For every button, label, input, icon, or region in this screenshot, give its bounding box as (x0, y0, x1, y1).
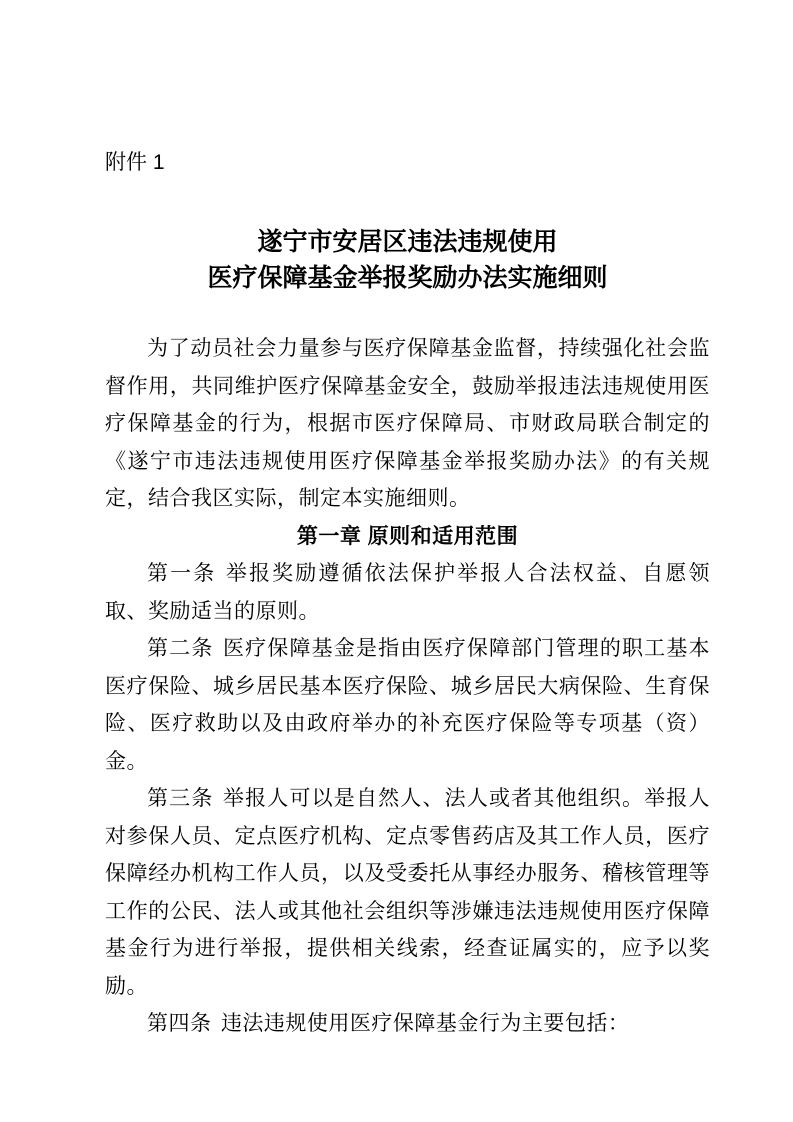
document-page: 附件 1 遂宁市安居区违法违规使用 医疗保障基金举报奖励办法实施细则 为了动员社… (0, 0, 793, 1122)
document-body: 为了动员社会力量参与医疗保障基金监督，持续强化社会监督作用，共同维护医疗保障基金… (105, 330, 710, 1043)
attachment-label: 附件 1 (105, 148, 710, 178)
article-1-label: 第一条 (147, 561, 216, 585)
document-title: 遂宁市安居区违法违规使用 医疗保障基金举报奖励办法实施细则 (105, 225, 710, 297)
article-4-text: 违法违规使用医疗保障基金行为主要包括： (221, 1011, 630, 1035)
document-title-line1: 遂宁市安居区违法违规使用 (105, 225, 710, 261)
article-4-paragraph: 第四条违法违规使用医疗保障基金行为主要包括： (105, 1005, 710, 1043)
article-2-paragraph: 第二条医疗保障基金是指由医疗保障部门管理的职工基本医疗保险、城乡居民基本医疗保险… (105, 630, 710, 780)
document-title-line2: 医疗保障基金举报奖励办法实施细则 (105, 261, 710, 297)
article-3-text: 举报人可以是自然人、法人或者其他组织。举报人对参保人员、定点医疗机构、定点零售药… (105, 786, 710, 998)
article-2-label: 第二条 (147, 636, 214, 660)
article-3-label: 第三条 (147, 786, 214, 810)
article-3-paragraph: 第三条举报人可以是自然人、法人或者其他组织。举报人对参保人员、定点医疗机构、定点… (105, 780, 710, 1005)
intro-paragraph: 为了动员社会力量参与医疗保障基金监督，持续强化社会监督作用，共同维护医疗保障基金… (105, 330, 710, 518)
chapter-1-heading: 第一章 原则和适用范围 (105, 518, 710, 556)
article-1-paragraph: 第一条举报奖励遵循依法保护举报人合法权益、自愿领取、奖励适当的原则。 (105, 555, 710, 630)
article-4-label: 第四条 (147, 1011, 212, 1035)
